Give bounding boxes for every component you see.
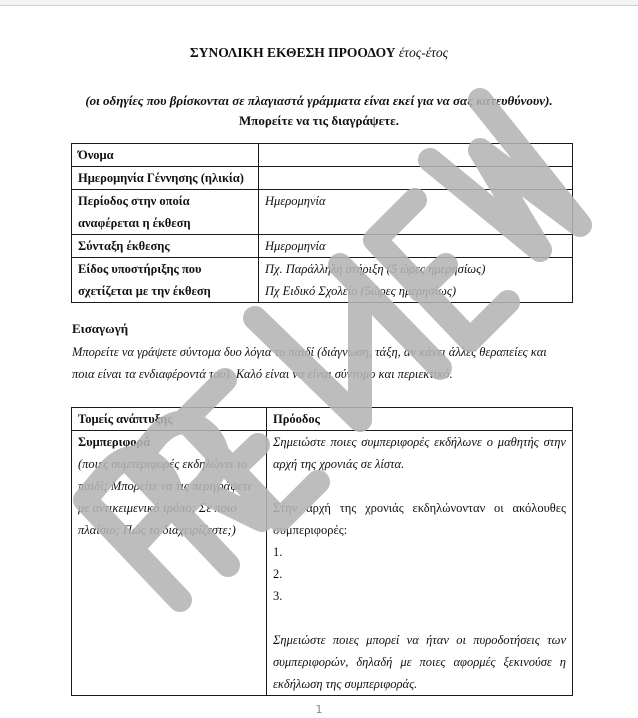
info-label: Είδος υποστήριξης που σχετίζεται με την … xyxy=(72,258,259,303)
progress-table: Τομείς ανάπτυξης Πρόοδος Συμπεριφορά (πο… xyxy=(71,407,573,696)
info-row-support-type: Είδος υποστήριξης που σχετίζεται με την … xyxy=(72,258,573,303)
list-item: 3. xyxy=(273,585,566,607)
progress-row-behavior: Συμπεριφορά (ποιες συμπεριφορές εκδηλώνε… xyxy=(72,431,573,696)
info-label: Περίοδος στην οποία αναφέρεται η έκθεση xyxy=(72,190,259,235)
area-title: Συμπεριφορά xyxy=(78,431,260,453)
info-value[interactable] xyxy=(259,167,573,190)
header-progress: Πρόοδος xyxy=(267,408,573,431)
intro-heading: Εισαγωγή xyxy=(72,321,128,337)
info-label: Όνομα xyxy=(72,144,259,167)
progress-hint-2: Σημειώστε ποιες μπορεί να ήταν οι πυροδο… xyxy=(273,629,566,695)
document-page: ΣΥΝΟΛΙΚΗ ΕΚΘΕΣΗ ΠΡΟΟΔΟΥ έτος-έτος (οι οδ… xyxy=(0,0,638,718)
progress-header-row: Τομείς ανάπτυξης Πρόοδος xyxy=(72,408,573,431)
info-row-name: Όνομα xyxy=(72,144,573,167)
list-item: 2. xyxy=(273,563,566,585)
info-row-report-date: Σύνταξη έκθεσης Ημερομηνία xyxy=(72,235,573,258)
title-main: ΣΥΝΟΛΙΚΗ ΕΚΘΕΣΗ ΠΡΟΟΔΟΥ xyxy=(190,45,396,60)
document-title: ΣΥΝΟΛΙΚΗ ΕΚΘΕΣΗ ΠΡΟΟΔΟΥ έτος-έτος xyxy=(0,45,638,61)
instructions-note-2: Μπορείτε να τις διαγράψετε. xyxy=(0,113,638,129)
info-value[interactable] xyxy=(259,144,573,167)
progress-cell[interactable]: Σημειώστε ποιες συμπεριφορές εκδήλωνε ο … xyxy=(267,431,573,696)
student-info-table: Όνομα Ημερομηνία Γέννησης (ηλικία) Περίο… xyxy=(71,143,573,303)
page-number: 1 xyxy=(0,703,638,716)
support-example-2: Πχ Ειδικό Σχολείο (5ώρες ημερησίως) xyxy=(265,280,566,302)
info-value[interactable]: Ημερομηνία xyxy=(259,235,573,258)
info-label: Ημερομηνία Γέννησης (ηλικία) xyxy=(72,167,259,190)
info-label: Σύνταξη έκθεσης xyxy=(72,235,259,258)
header-areas: Τομείς ανάπτυξης xyxy=(72,408,267,431)
instructions-note: (οι οδηγίες που βρίσκονται σε πλαγιαστά … xyxy=(0,93,638,109)
progress-hint-1: Σημειώστε ποιες συμπεριφορές εκδήλωνε ο … xyxy=(273,431,566,475)
title-year-range: έτος-έτος xyxy=(399,45,448,60)
info-value[interactable]: Ημερομηνία xyxy=(259,190,573,235)
info-row-birthdate: Ημερομηνία Γέννησης (ηλικία) xyxy=(72,167,573,190)
area-hint: (ποιες συμπεριφορές εκδηλώνει το παιδί; … xyxy=(78,453,260,541)
area-cell: Συμπεριφορά (ποιες συμπεριφορές εκδηλώνε… xyxy=(72,431,267,696)
intro-text: Μπορείτε να γράψετε σύντομα δυο λόγια το… xyxy=(72,341,572,385)
progress-text: Στην αρχή της χρονιάς εκδηλώνονταν οι ακ… xyxy=(273,497,566,541)
info-row-period: Περίοδος στην οποία αναφέρεται η έκθεση … xyxy=(72,190,573,235)
list-item: 1. xyxy=(273,541,566,563)
info-value[interactable]: Πχ. Παράλληλη στήριξη (5 ώρες ημερησίως)… xyxy=(259,258,573,303)
support-example-1: Πχ. Παράλληλη στήριξη (5 ώρες ημερησίως) xyxy=(265,258,566,280)
